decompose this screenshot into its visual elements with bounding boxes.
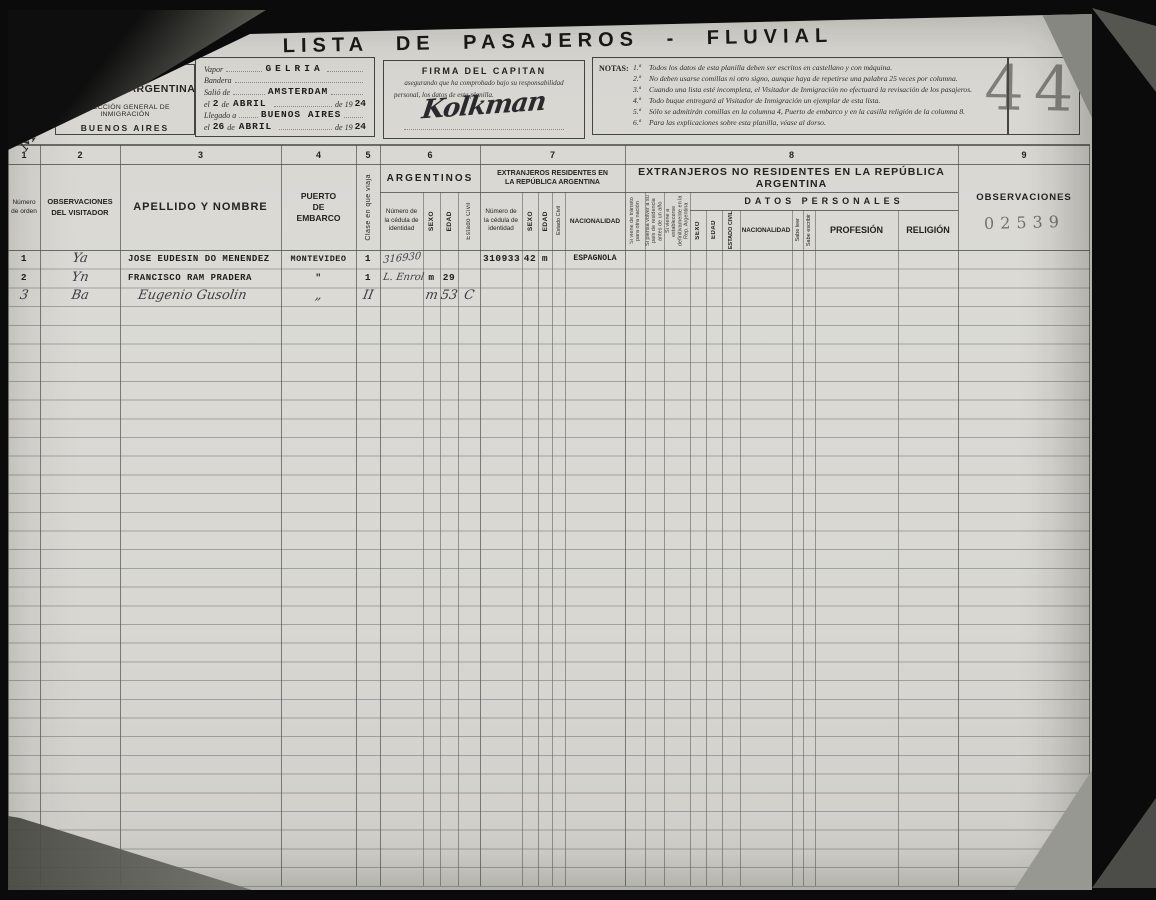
dotted-leader (239, 117, 258, 118)
table-row: 1 Ya JOSE EUDESIN DO MENENDEZ MONTEVIDEO… (8, 250, 1090, 269)
col-number-8: 8 (625, 146, 958, 164)
llegado-label: Llegado a (204, 111, 236, 120)
cell-clase: 1 (356, 269, 380, 288)
ship-llegado-row: Llegado a BUENOS AIRES (204, 109, 366, 121)
header-extranjeros-no-residentes: EXTRANJEROS NO RESIDENTES EN LA REPÚBLIC… (625, 164, 958, 192)
header-nr-sexo: SEXO (690, 210, 706, 250)
vapor-label: Vapor (204, 65, 223, 74)
col-number-6: 6 (380, 146, 480, 164)
departure-date-row: el 2 de ABRIL de 19 24 (204, 97, 366, 109)
header-arg-sexo: SEXO (423, 192, 440, 250)
cell-clase: II (354, 287, 381, 306)
edge-fold-bottom-right (1092, 770, 1156, 892)
header-apellido-nombre: APELLIDO Y NOMBRE (120, 164, 281, 250)
cell-puerto: MONTEVIDEO (281, 250, 356, 269)
header-extres-estado: Estado Civil (552, 192, 565, 250)
table-row: 3 Ba Eugenio Gusolin „ II m 53 C (8, 287, 1090, 306)
de-label: de (221, 100, 229, 109)
cell-nombre: Eugenio Gusolin (118, 287, 282, 306)
salio-port: AMSTERDAM (268, 86, 328, 97)
registry-stamp-number: 02539 (983, 212, 1064, 233)
cell-visitador-mark: Yn (38, 269, 121, 288)
header-observaciones-visitador: OBSERVACIONES DEL VISITADOR (40, 164, 120, 250)
cell-orden: 3 (6, 287, 41, 306)
note-item: 1.ªTodos los datos de esta planilla debe… (633, 63, 1001, 74)
header-volver: Si piensa volver a su país de residencia… (645, 192, 664, 250)
note-item: 2.ªNo deben usarse comillas ni otro sign… (633, 74, 1001, 85)
captain-signature-box: FIRMA DEL CAPITAN asegurando que ha comp… (383, 60, 585, 139)
dotted-leader (235, 82, 363, 83)
de19-label: de 19 (335, 100, 353, 109)
header-nr-estado: ESTADO CIVIL (722, 210, 740, 250)
folio-stamp: 44 (977, 51, 1090, 126)
header-establecerse: Si viene a establecerse definitivamente … (664, 192, 690, 250)
cell-extres-sexo: 42 (522, 250, 538, 269)
col-number-5: 5 (356, 146, 380, 164)
note-item: 5.ªSólo se admitirán comillas en la colu… (633, 107, 1001, 118)
org-ciudad: BUENOS AIRES (56, 123, 194, 133)
el-label: el (204, 123, 210, 132)
header-extres-cedula: Número de la cédula de identidad (480, 192, 522, 250)
dotted-leader (327, 71, 363, 72)
grid-line (740, 210, 741, 886)
dotted-leader (233, 94, 265, 95)
arrival-year: 24 (355, 121, 366, 132)
grid-line (722, 210, 723, 886)
dotted-leader (344, 117, 363, 118)
de-label: de (227, 123, 235, 132)
arrival-day: 26 (213, 121, 224, 132)
grid-line (898, 210, 899, 886)
salio-label: Salió de (204, 88, 230, 97)
header-sabe-leer: Sabe leer (792, 210, 803, 250)
dotted-leader (274, 106, 332, 107)
ship-details-box: Vapor GELRIA Bandera Salió de AMSTERDAM … (195, 57, 375, 137)
col-number-4: 4 (281, 146, 356, 164)
table-row: 2 Yn FRANCISCO RAM PRADERA " 1 L. Enrol … (8, 269, 1090, 288)
grid-line (815, 210, 816, 886)
grid-line (792, 210, 793, 886)
header-clase: Clase en que viaja (356, 164, 380, 250)
edge-fold-top-right (1092, 0, 1156, 100)
departure-year: 24 (355, 98, 366, 109)
document-page: LISTA DE PASAJEROS - FLUVIAL REPÚBLICA A… (8, 10, 1092, 890)
note-item: 4.ªTodo buque entregará al Visitador de … (633, 96, 1001, 107)
cell-arg-cedula: L. Enrol (378, 269, 424, 288)
cell-visitador-mark: Ba (38, 287, 121, 306)
cell-orden: 2 (8, 269, 40, 288)
header-nr-edad: EDAD (706, 210, 722, 250)
note-item: 6.ªPara las explicaciones sobre esta pla… (633, 118, 1001, 129)
bandera-label: Bandera (204, 76, 232, 85)
dotted-leader (331, 94, 363, 95)
col-number-3: 3 (120, 146, 281, 164)
cell-puerto: „ (279, 287, 357, 306)
row-ruling (8, 251, 1090, 887)
signature-line (404, 129, 564, 130)
header-extres-edad: EDAD (538, 192, 552, 250)
cell-visitador-mark: Ya (38, 250, 121, 269)
grid-line (803, 210, 804, 886)
ship-salio-row: Salió de AMSTERDAM (204, 85, 366, 97)
header-extres-sexo: SEXO (522, 192, 538, 250)
ship-vapor-row: Vapor GELRIA (204, 62, 366, 74)
dotted-leader (279, 129, 332, 130)
cell-arg-edad: 29 (440, 269, 458, 288)
departure-day: 2 (213, 98, 219, 109)
cell-orden: 1 (8, 250, 40, 269)
header-arg-edad: EDAD (440, 192, 458, 250)
notes-box: NOTAS: 1.ªTodos los datos de esta planil… (592, 57, 1008, 135)
arrival-date-row: el 26 de ABRIL de 19 24 (204, 120, 366, 132)
scan-background: LISTA DE PASAJEROS - FLUVIAL REPÚBLICA A… (0, 0, 1156, 900)
cell-extres-cedula: 310933 (480, 250, 522, 269)
header-observaciones: OBSERVACIONES 02539 (958, 164, 1090, 250)
header-profesion: PROFESIÓN (815, 210, 898, 250)
header-arg-cedula: Número de la cédula de identidad (380, 192, 423, 250)
col-number-7: 7 (480, 146, 625, 164)
notas-label: NOTAS: (599, 63, 633, 129)
header-transito: Si viene de tránsito para otra nación (625, 192, 645, 250)
cell-nombre: FRANCISCO RAM PRADERA (120, 269, 281, 288)
header-datos-personales: DATOS PERSONALES (690, 192, 958, 210)
header-sabe-escribir: Sabe escribir (803, 210, 815, 250)
cell-arg-estado: C (456, 287, 481, 306)
vapor-value: GELRIA (265, 63, 323, 74)
de19-label: de 19 (335, 123, 353, 132)
cell-arg-cedula: 316930 (379, 248, 423, 271)
header-nr-nacionalidad: NACIONALIDAD (740, 210, 792, 250)
el-label: el (204, 100, 210, 109)
ship-bandera-row: Bandera (204, 74, 366, 86)
cell-puerto: " (281, 269, 356, 288)
firma-line1: asegurando que ha comprobado bajo su res… (384, 79, 584, 88)
header-religion: RELIGIÓN (898, 210, 958, 250)
departure-month: ABRIL (233, 98, 267, 109)
llegado-port: BUENOS AIRES (261, 109, 341, 120)
header-puerto-embarco: PUERTO DE EMBARCO (281, 164, 356, 250)
col-number-9: 9 (958, 146, 1090, 164)
cell-clase: 1 (356, 250, 380, 269)
header-extranjeros-residentes: EXTRANJEROS RESIDENTES EN LA REPÚBLICA A… (480, 164, 625, 192)
header-argentinos: ARGENTINOS (380, 164, 480, 192)
cell-nombre: JOSE EUDESIN DO MENENDEZ (120, 250, 281, 269)
header-numero-orden: Número de orden (8, 164, 40, 250)
page-title: LISTA DE PASAJEROS - FLUVIAL (258, 24, 858, 59)
grid-line (706, 210, 707, 886)
notas-items: 1.ªTodos los datos de esta planilla debe… (633, 63, 1001, 129)
cell-extres-nacionalidad: ESPAGNOLA (565, 250, 625, 269)
header-arg-estado-civil: Estado Civil (458, 192, 480, 250)
header-extres-nacionalidad: NACIONALIDAD (565, 192, 625, 250)
dotted-leader (226, 71, 262, 72)
firma-title: FIRMA DEL CAPITAN (384, 66, 584, 76)
arrival-month: ABRIL (239, 121, 273, 132)
note-item: 3.ªCuando una lista esté incompleta, el … (633, 85, 1001, 96)
cell-arg-sexo: m (423, 269, 440, 288)
col-number-2: 2 (40, 146, 120, 164)
cell-extres-edad: m (538, 250, 552, 269)
